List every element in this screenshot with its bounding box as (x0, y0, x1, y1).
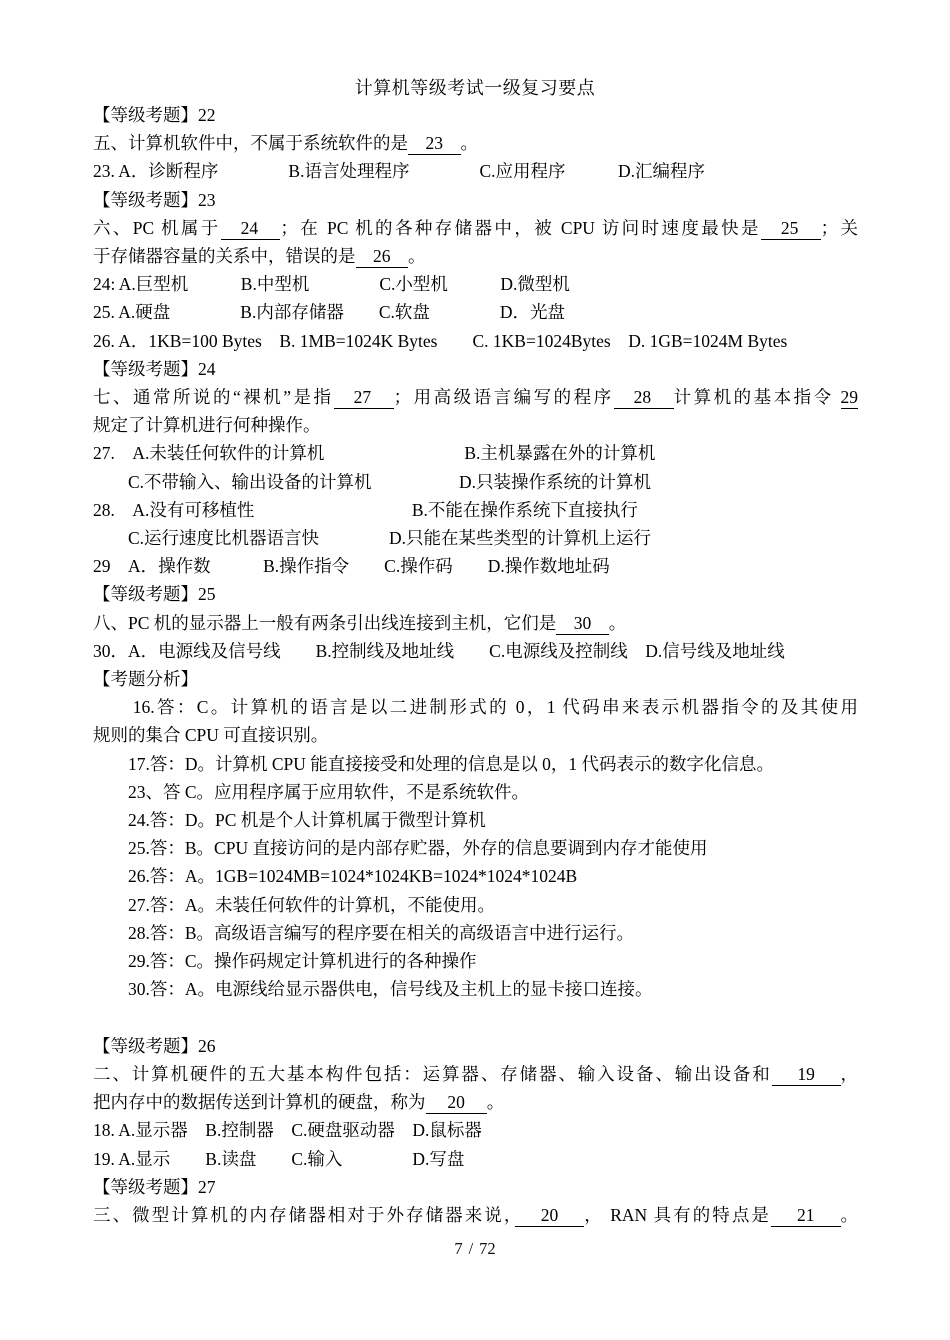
section-heading-23: 【等级考题】23 (93, 186, 858, 214)
text-segment: 【等级考题】24 (93, 359, 216, 379)
text-segment: 。 (408, 246, 426, 266)
question-6-line-2: 于存储器容量的关系中，错误的是 26 。 (93, 242, 858, 270)
text-segment: 25. A.硬盘 B.内部存储器 C.软盘 D．光盘 (93, 302, 565, 322)
text-segment: 【等级考题】23 (93, 190, 216, 210)
section-heading-24: 【等级考题】24 (93, 355, 858, 383)
question-7-line-2: 规定了计算机进行何种操作。 (93, 411, 858, 439)
blank-answer-underline: 27 (334, 387, 394, 409)
blank-answer-underline: 26 (356, 246, 409, 268)
blank-answer-underline: 29 (841, 387, 859, 409)
text-segment: 29 A．操作数 B.操作指令 C.操作码 D.操作数地址码 (93, 556, 610, 576)
section-heading-25: 【等级考题】25 (93, 580, 858, 608)
text-segment: ；用高级语言编写的程序 (394, 387, 614, 407)
text-segment: 25.答：B。CPU 直接访问的是内部存贮器，外存的信息要调到内存才能使用 (93, 838, 707, 858)
options-18: 18. A.显示器 B.控制器 C.硬盘驱动器 D.鼠标器 (93, 1116, 858, 1144)
text-segment: 规则的集合 CPU 可直接识别。 (93, 725, 328, 745)
footer-total-pages: 72 (479, 1239, 496, 1258)
blank-answer-underline: 24 (221, 218, 281, 240)
text-segment: 28. A.没有可移植性 B.不能在操作系统下直接执行 (93, 500, 638, 520)
blank-answer-underline: 19 (772, 1064, 841, 1086)
question-8: 八、PC 机的显示器上一般有两条引出线连接到主机，它们是 30 。 (93, 609, 858, 637)
blank-answer-underline: 30 (556, 613, 609, 635)
analysis-heading: 【考题分析】 (93, 665, 858, 693)
text-segment: 27.答：A。未装任何软件的计算机，不能使用。 (93, 895, 495, 915)
text-segment: 于存储器容量的关系中，错误的是 (93, 246, 356, 266)
text-segment: 【等级考题】26 (93, 1036, 216, 1056)
text-segment: C.运行速度比机器语言快 D.只能在某些类型的计算机上运行 (93, 528, 651, 548)
text-segment: 。 (487, 1092, 505, 1112)
options-30: 30．A．电源线及信号线 B.控制线及地址线 C.电源线及控制线 D.信号线及地… (93, 637, 858, 665)
footer-current-page: 7 (454, 1239, 462, 1258)
text-segment: 16.答：C。计算机的语言是以二进制形式的 0，1 代码串来表示机器指令的及其使… (93, 697, 858, 717)
analysis-30: 30.答：A。电源线给显示器供电，信号线及主机上的显卡接口连接。 (93, 975, 858, 1003)
text-segment: 【等级考题】25 (93, 584, 216, 604)
text-segment: 24.答：D。PC 机是个人计算机属于微型计算机 (93, 810, 486, 830)
question-7-line-1: 七、通常所说的“裸机”是指 27 ；用高级语言编写的程序 28 计算机的基本指令… (93, 383, 858, 411)
text-segment: 28.答：B。高级语言编写的程序要在相关的高级语言中进行运行。 (93, 923, 634, 943)
text-segment: 八、PC 机的显示器上一般有两条引出线连接到主机，它们是 (93, 613, 556, 633)
text-segment: 26. A．1KB=100 Bytes B. 1MB=1024K Bytes C… (93, 331, 787, 351)
options-28-line-1: 28. A.没有可移植性 B.不能在操作系统下直接执行 (93, 496, 858, 524)
question-2-line-1: 二、计算机硬件的五大基本构件包括：运算器、存储器、输入设备、输出设备和 19 ， (93, 1060, 858, 1088)
text-segment: 把内存中的数据传送到计算机的硬盘，称为 (93, 1092, 426, 1112)
options-24: 24: A.巨型机 B.中型机 C.小型机 D.微型机 (93, 270, 858, 298)
page-title: 计算机等级考试一级复习要点 (0, 76, 950, 100)
blank-answer-underline: 25 (761, 218, 821, 240)
options-25: 25. A.硬盘 B.内部存储器 C.软盘 D．光盘 (93, 298, 858, 326)
footer-separator: / (469, 1239, 474, 1258)
text-segment: 【考题分析】 (93, 669, 198, 689)
text-segment: C.不带输入、输出设备的计算机 D.只装操作系统的计算机 (93, 472, 651, 492)
text-segment: 18. A.显示器 B.控制器 C.硬盘驱动器 D.鼠标器 (93, 1120, 482, 1140)
text-segment: 六、PC 机属于 (93, 218, 221, 238)
document-body: 【等级考题】22五、计算机软件中，不属于系统软件的是 23 。23. A．诊断程… (93, 101, 858, 1229)
question-6-line-1: 六、PC 机属于 24 ；在 PC 机的各种存储器中，被 CPU 访问时速度最快… (93, 214, 858, 242)
text-segment: 23. A．诊断程序 B.语言处理程序 C.应用程序 D.汇编程序 (93, 161, 705, 181)
question-3: 三、微型计算机的内存储器相对于外存储器来说， 20 ， RAN 具有的特点是 2… (93, 1201, 858, 1229)
text-segment: 。 (841, 1205, 859, 1225)
text-segment: 30．A．电源线及信号线 B.控制线及地址线 C.电源线及控制线 D.信号线及地… (93, 641, 785, 661)
text-segment: 27. A.未装任何软件的计算机 B.主机暴露在外的计算机 (93, 443, 655, 463)
analysis-17: 17.答：D。计算机 CPU 能直接接受和处理的信息是以 0，1 代码表示的数字… (93, 750, 858, 778)
options-29: 29 A．操作数 B.操作指令 C.操作码 D.操作数地址码 (93, 552, 858, 580)
options-27-line-2: C.不带输入、输出设备的计算机 D.只装操作系统的计算机 (93, 468, 858, 496)
question-2-line-2: 把内存中的数据传送到计算机的硬盘，称为 20 。 (93, 1088, 858, 1116)
text-segment: 。 (609, 613, 627, 633)
options-26: 26. A．1KB=100 Bytes B. 1MB=1024K Bytes C… (93, 327, 858, 355)
text-segment: 。 (461, 133, 479, 153)
text-segment: 规定了计算机进行何种操作。 (93, 415, 321, 435)
blank-answer-underline: 23 (408, 133, 461, 155)
text-segment: 【等级考题】27 (93, 1177, 216, 1197)
blank-answer-underline: 28 (614, 387, 674, 409)
text-segment: 30.答：A。电源线给显示器供电，信号线及主机上的显卡接口连接。 (93, 979, 653, 999)
text-segment: 24: A.巨型机 B.中型机 C.小型机 D.微型机 (93, 274, 570, 294)
text-segment: 17.答：D。计算机 CPU 能直接接受和处理的信息是以 0，1 代码表示的数字… (93, 754, 774, 774)
options-28-line-2: C.运行速度比机器语言快 D.只能在某些类型的计算机上运行 (93, 524, 858, 552)
text-segment: ；在 PC 机的各种存储器中，被 CPU 访问时速度最快是 (280, 218, 761, 238)
text-segment: ， RAN 具有的特点是 (584, 1205, 771, 1225)
analysis-16-line-1: 16.答：C。计算机的语言是以二进制形式的 0，1 代码串来表示机器指令的及其使… (93, 693, 858, 721)
options-23: 23. A．诊断程序 B.语言处理程序 C.应用程序 D.汇编程序 (93, 157, 858, 185)
text-segment: 三、微型计算机的内存储器相对于外存储器来说， (93, 1205, 515, 1225)
question-5: 五、计算机软件中，不属于系统软件的是 23 。 (93, 129, 858, 157)
analysis-29: 29.答：C。操作码规定计算机进行的各种操作 (93, 947, 858, 975)
analysis-26: 26.答：A。1GB=1024MB=1024*1024KB=1024*1024*… (93, 862, 858, 890)
text-segment: 五、计算机软件中，不属于系统软件的是 (93, 133, 408, 153)
options-19: 19. A.显示 B.读盘 C.输入 D.写盘 (93, 1145, 858, 1173)
analysis-16-line-2: 规则的集合 CPU 可直接识别。 (93, 721, 858, 749)
blank-answer-underline: 20 (515, 1205, 585, 1227)
options-27-line-1: 27. A.未装任何软件的计算机 B.主机暴露在外的计算机 (93, 439, 858, 467)
text-segment: 26.答：A。1GB=1024MB=1024*1024KB=1024*1024*… (93, 866, 577, 886)
page-footer: 7/72 (0, 1239, 950, 1259)
analysis-24: 24.答：D。PC 机是个人计算机属于微型计算机 (93, 806, 858, 834)
text-segment: 【等级考题】22 (93, 105, 216, 125)
text-segment: 19. A.显示 B.读盘 C.输入 D.写盘 (93, 1149, 464, 1169)
text-segment: ；关 (821, 218, 858, 238)
text-segment: 计算机的基本指令 (674, 387, 841, 407)
text-segment: 23、答 C。应用程序属于应用软件，不是系统软件。 (93, 782, 529, 802)
text-segment: ， (841, 1064, 859, 1084)
text-segment: 二、计算机硬件的五大基本构件包括：运算器、存储器、输入设备、输出设备和 (93, 1064, 772, 1084)
blank-answer-underline: 20 (426, 1092, 487, 1114)
text-segment: 29.答：C。操作码规定计算机进行的各种操作 (93, 951, 477, 971)
blank-line (93, 1004, 858, 1032)
analysis-25: 25.答：B。CPU 直接访问的是内部存贮器，外存的信息要调到内存才能使用 (93, 834, 858, 862)
text-segment: 七、通常所说的“裸机”是指 (93, 387, 334, 407)
section-heading-26: 【等级考题】26 (93, 1032, 858, 1060)
document-page: 计算机等级考试一级复习要点 【等级考题】22五、计算机软件中，不属于系统软件的是… (0, 0, 950, 1340)
section-heading-27: 【等级考题】27 (93, 1173, 858, 1201)
analysis-28: 28.答：B。高级语言编写的程序要在相关的高级语言中进行运行。 (93, 919, 858, 947)
analysis-23: 23、答 C。应用程序属于应用软件，不是系统软件。 (93, 778, 858, 806)
blank-answer-underline: 21 (771, 1205, 841, 1227)
analysis-27: 27.答：A。未装任何软件的计算机，不能使用。 (93, 891, 858, 919)
section-heading-22: 【等级考题】22 (93, 101, 858, 129)
